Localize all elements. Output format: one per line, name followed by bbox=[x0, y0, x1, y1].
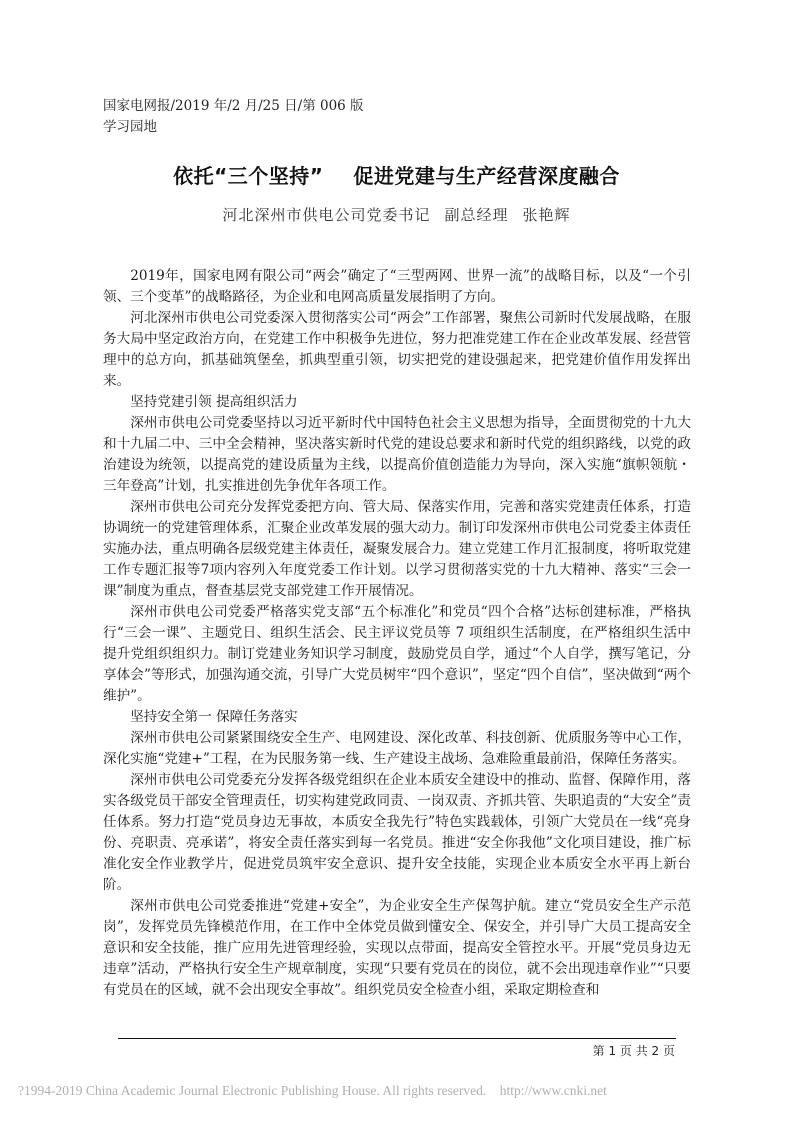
paragraph: 2019年，国家电网有限公司“两会”确定了“三型两网、世界一流”的战略目标，以及… bbox=[103, 266, 691, 308]
paragraph: 深州市供电公司党委推进“党建+安全”，为企业安全生产保驾护航。建立“党员安全生产… bbox=[103, 896, 691, 1001]
title-part-2: 促进党建与生产经营深度融合 bbox=[353, 164, 620, 188]
section-heading: 坚持党建引领 提高组织活力 bbox=[103, 392, 691, 413]
article-body: 2019年，国家电网有限公司“两会”确定了“三型两网、世界一流”的战略目标，以及… bbox=[103, 266, 691, 1001]
author-line: 河北深州市供电公司党委书记副总经理张艳辉 bbox=[0, 204, 793, 225]
paragraph: 深州市供电公司充分发挥党委把方向、管大局、保落实作用，完善和落实党建责任体系，打… bbox=[103, 497, 691, 602]
section-heading: 坚持安全第一 保障任务落实 bbox=[103, 707, 691, 728]
paragraph: 河北深州市供电公司党委深入贯彻落实公司“两会”工作部署，聚焦公司新时代发展战略，… bbox=[103, 308, 691, 392]
article-title: 依托“三个坚持”促进党建与生产经营深度融合 bbox=[0, 160, 793, 189]
author-name: 张艳辉 bbox=[523, 206, 571, 224]
copyright-notice: ?1994-2019 China Academic Journal Electr… bbox=[18, 1083, 607, 1099]
page-indicator: 第 1 页 共 2 页 bbox=[593, 1042, 675, 1059]
title-part-1: 依托“三个坚持” bbox=[173, 164, 323, 188]
article-meta: 国家电网报/2019 年/2 月/25 日/第 006 版 学习园地 bbox=[103, 96, 364, 138]
paragraph: 深州市供电公司紧紧围绕安全生产、电网建设、深化改革、科技创新、优质服务等中心工作… bbox=[103, 728, 691, 770]
paragraph: 深州市供电公司党委充分发挥各级党组织在企业本质安全建设中的推动、监督、保障作用，… bbox=[103, 770, 691, 896]
column-name: 学习园地 bbox=[103, 117, 364, 138]
paragraph: 深州市供电公司党委坚持以习近平新时代中国特色社会主义思想为指导，全面贯彻党的十九… bbox=[103, 413, 691, 497]
source-line: 国家电网报/2019 年/2 月/25 日/第 006 版 bbox=[103, 96, 364, 117]
author-org: 河北深州市供电公司党委书记 bbox=[222, 206, 430, 224]
paragraph: 深州市供电公司党委严格落实党支部“五个标准化”和党员“四个合格”达标创建标准，严… bbox=[103, 602, 691, 707]
footer-divider bbox=[118, 1038, 676, 1039]
author-role: 副总经理 bbox=[444, 206, 508, 224]
